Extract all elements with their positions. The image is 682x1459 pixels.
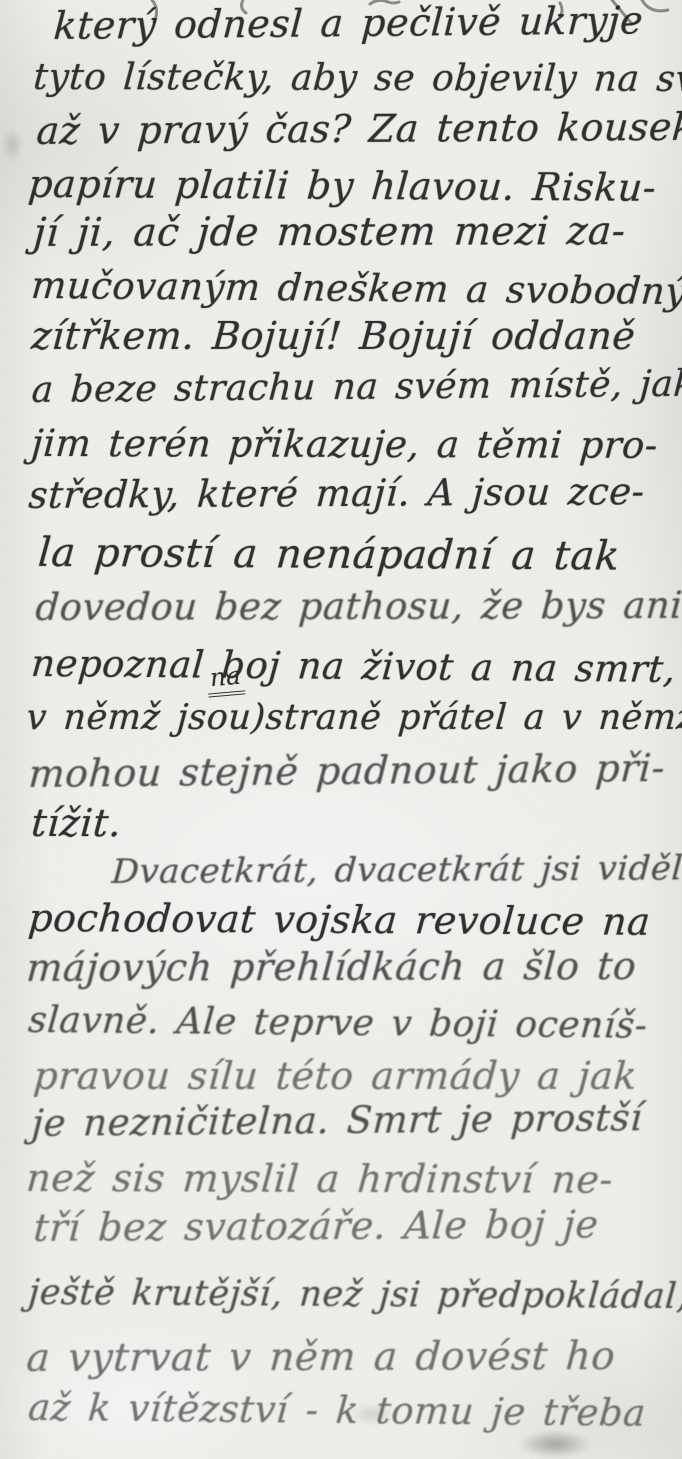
handwritten-line: tyto lístečky, aby se objevily na světle bbox=[32, 57, 682, 101]
handwritten-line: pochodovat vojska revoluce na bbox=[27, 897, 652, 945]
handwritten-line: májových přehlídkách a šlo to bbox=[25, 945, 638, 991]
inserted-word: na bbox=[206, 660, 246, 697]
handwritten-line: mučovaným dneškem a svobodným bbox=[30, 265, 682, 314]
handwritten-line: až v pravý čas? Za tento kousek bbox=[35, 106, 682, 154]
handwritten-line: v němž jsou)straně přátel a v němž bbox=[25, 698, 682, 738]
handwritten-line: papíru platili by hlavou. Risku- bbox=[27, 163, 658, 211]
handwritten-line: ještě krutější, než jsi předpokládal, bbox=[27, 1273, 682, 1317]
handwritten-line: tížit. bbox=[30, 802, 123, 846]
handwritten-line: středky, které mají. A jsou zce- bbox=[27, 471, 646, 517]
handwritten-line: slavně. Ale teprve v boji oceníš- bbox=[27, 1000, 649, 1047]
handwritten-line: zítřkem. Bojují! Bojují oddaně bbox=[30, 315, 637, 359]
handwritten-line: tří bez svatozáře. Ale boj je bbox=[32, 1203, 600, 1250]
handwritten-line: Dvacetkrát, dvacetkrát jsi viděl bbox=[111, 849, 682, 892]
handwritten-line: a beze strachu na svém místě, jak bbox=[30, 364, 682, 412]
handwritten-line: pravou sílu této armády a jak bbox=[32, 1055, 639, 1099]
handwritten-line: mohou stejně padnout jako při- bbox=[27, 747, 666, 797]
handwritten-line: jí ji, ač jde mostem mezi za- bbox=[32, 210, 627, 257]
handwriting-text-layer: který odnesl a pečlivě ukryjetyto lísteč… bbox=[0, 0, 682, 1459]
handwritten-line: až k vítězství - k tomu je třeba bbox=[27, 1387, 648, 1435]
manuscript-page: který odnesl a pečlivě ukryjetyto lísteč… bbox=[0, 0, 682, 1459]
handwritten-line: jim terén přikazuje, a těmi pro- bbox=[30, 423, 660, 468]
handwritten-line: nepoznal boj na život a na smrt, bbox=[30, 643, 678, 692]
handwritten-line: než sis myslil a hrdinství ne- bbox=[25, 1157, 615, 1203]
handwritten-line: který odnesl a pečlivě ukryje bbox=[52, 0, 644, 49]
handwritten-line: dovedou bez pathosu, že bys ani bbox=[34, 585, 682, 630]
handwritten-line: la prostí a nenápadní a tak bbox=[36, 530, 621, 580]
handwritten-line: je nezničitelna. Smrt je prostší bbox=[30, 1097, 643, 1145]
handwritten-line: a vytrvat v něm a dovést ho bbox=[25, 1335, 617, 1382]
